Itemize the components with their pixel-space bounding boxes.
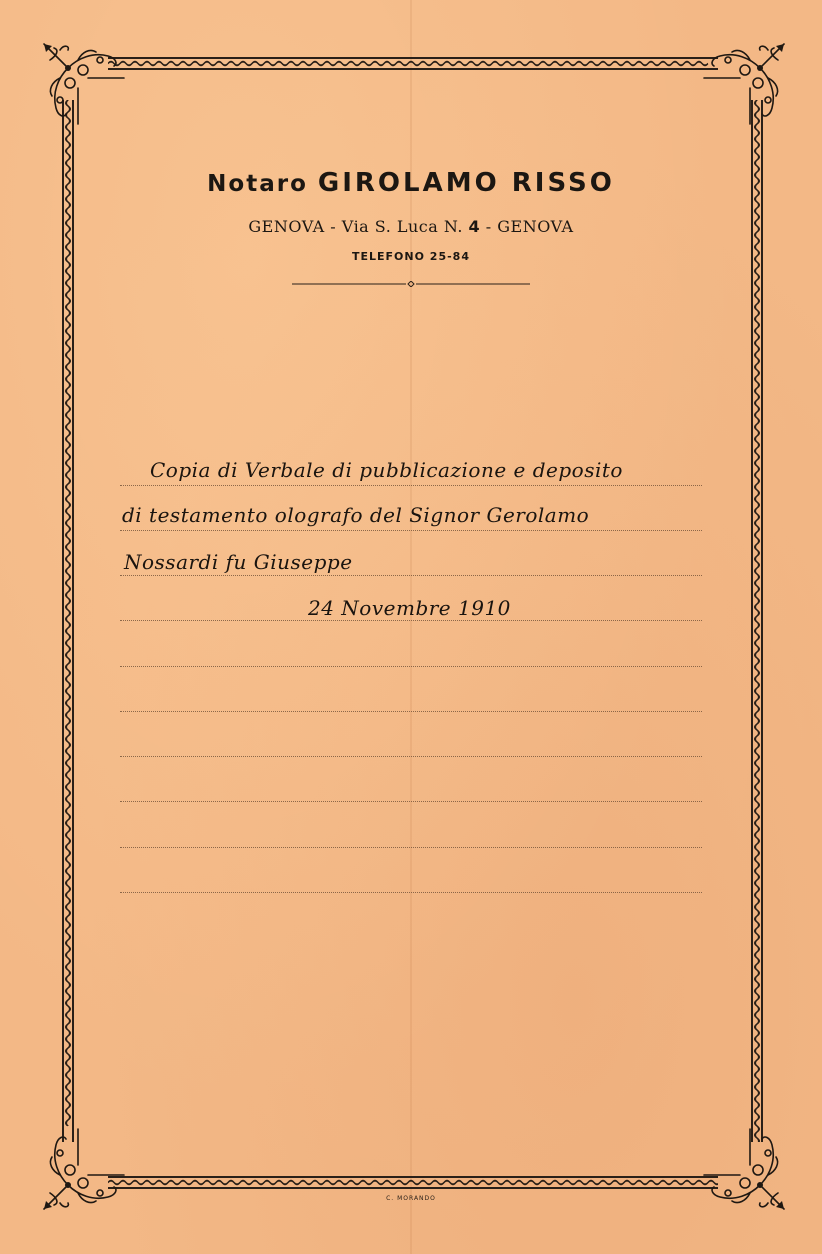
- address-city: - GENOVA: [486, 217, 574, 236]
- title-prefix: Notaro: [207, 171, 308, 197]
- ruled-line: [120, 620, 702, 621]
- ruled-line: [120, 666, 702, 667]
- address-street: GENOVA - Via S. Luca N.: [248, 217, 463, 236]
- handwritten-line-1: Copia di Verbale di pubblicazione e depo…: [150, 458, 623, 482]
- divider-ornament-icon: [292, 281, 530, 287]
- frame-border-top: [108, 57, 718, 70]
- letterhead-phone: TELEFONO 25-84: [0, 250, 822, 263]
- notary-name: GIROLAMO RISSO: [318, 168, 615, 198]
- ruled-line: [120, 485, 702, 486]
- handwritten-line-3: Nossardi fu Giuseppe: [124, 550, 353, 574]
- printer-mark: C. MORANDO: [0, 1195, 822, 1202]
- corner-flourish-icon: [38, 38, 128, 128]
- frame-border-bottom: [108, 1176, 718, 1189]
- letterhead-address: GENOVA - Via S. Luca N. 4 - GENOVA: [0, 217, 822, 236]
- ruled-line: [120, 801, 702, 802]
- address-number: 4: [469, 217, 481, 236]
- ruled-line: [120, 756, 702, 757]
- ruled-line: [120, 711, 702, 712]
- letterhead-title: Notaro GIROLAMO RISSO: [0, 168, 822, 198]
- ruled-line: [120, 892, 702, 893]
- handwritten-line-2: di testamento olografo del Signor Gerola…: [122, 503, 589, 527]
- ruled-line: [120, 530, 702, 531]
- ruled-line: [120, 575, 702, 576]
- corner-flourish-icon: [700, 38, 790, 128]
- ruled-line: [120, 847, 702, 848]
- handwritten-date: 24 Novembre 1910: [308, 596, 511, 620]
